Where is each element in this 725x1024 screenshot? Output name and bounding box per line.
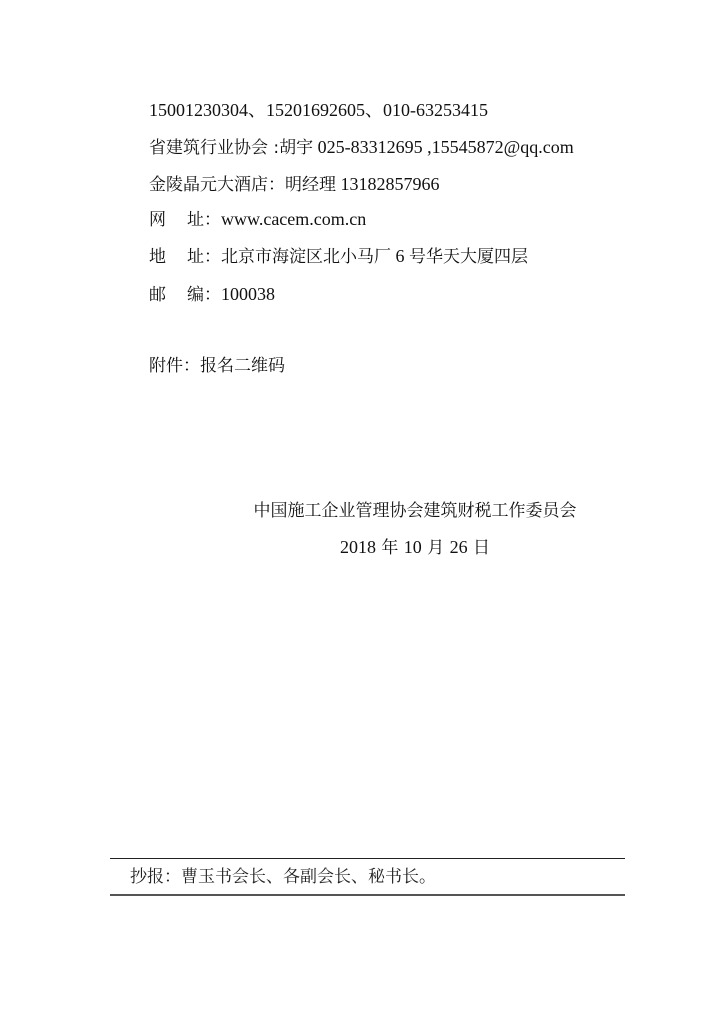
address-value-part1: 北京市海淀区北小马厂	[221, 247, 391, 267]
address-label-1: 地	[149, 246, 187, 268]
hotel-contact: 金陵晶元大酒店：明经理 13182857966	[149, 173, 440, 196]
postcode-value: 100038	[221, 284, 275, 304]
postcode-label-2: 编	[187, 285, 204, 305]
postcode-row: 邮编：100038	[149, 283, 275, 306]
date-month-unit: 月	[422, 538, 450, 558]
provincial-association-label: 省建筑行业协会	[149, 138, 268, 158]
attachment-value: 报名二维码	[200, 356, 285, 376]
cc-bottom-divider	[110, 894, 625, 896]
date-day-unit: 日	[468, 538, 490, 558]
cc-top-divider	[110, 858, 625, 859]
separator: ：	[204, 210, 221, 230]
separator: ：	[183, 356, 200, 376]
postcode-label-1: 邮	[149, 284, 187, 306]
provincial-association-contact: 省建筑行业协会 :胡宇 025-83312695 ,15545872@qq.co…	[149, 136, 574, 159]
date-day: 26	[450, 537, 468, 557]
attachment-label: 附件	[149, 356, 183, 376]
address-row: 地址：北京市海淀区北小马厂 6 号华天大厦四层	[149, 245, 528, 268]
attachment-row: 附件：报名二维码	[149, 355, 285, 377]
separator: ：	[268, 175, 285, 195]
date-month: 10	[404, 537, 422, 557]
date-year-unit: 年	[376, 538, 404, 558]
date-year: 2018	[340, 537, 376, 557]
contact-phones: 15001230304、15201692605、010-63253415	[149, 99, 488, 121]
website-label-2: 址	[187, 210, 204, 230]
cc-recipients: 抄报：曹玉书会长、各副会长、秘书长。	[130, 866, 436, 888]
hotel-person: 明经理	[285, 175, 336, 195]
address-label-2: 址	[187, 247, 204, 267]
separator: ：	[204, 285, 221, 305]
signature-organization: 中国施工企业管理协会建筑财税工作委员会	[210, 500, 620, 522]
signature-date: 2018 年 10 月 26 日	[210, 536, 620, 559]
website-row: 网址：www.cacem.com.cn	[149, 208, 366, 231]
hotel-label: 金陵晶元大酒店	[149, 175, 268, 195]
address-number: 6	[391, 246, 409, 266]
provincial-association-person: 胡宇	[279, 138, 313, 158]
hotel-phone: 13182857966	[336, 174, 440, 194]
website-link[interactable]: www.cacem.com.cn	[221, 209, 366, 229]
address-value-part2: 号华天大厦四层	[409, 247, 528, 267]
separator: :	[268, 138, 279, 158]
website-label-1: 网	[149, 209, 187, 231]
separator: ：	[204, 247, 221, 267]
provincial-association-phone: 025-83312695 ,15545872@qq.com	[313, 137, 574, 157]
